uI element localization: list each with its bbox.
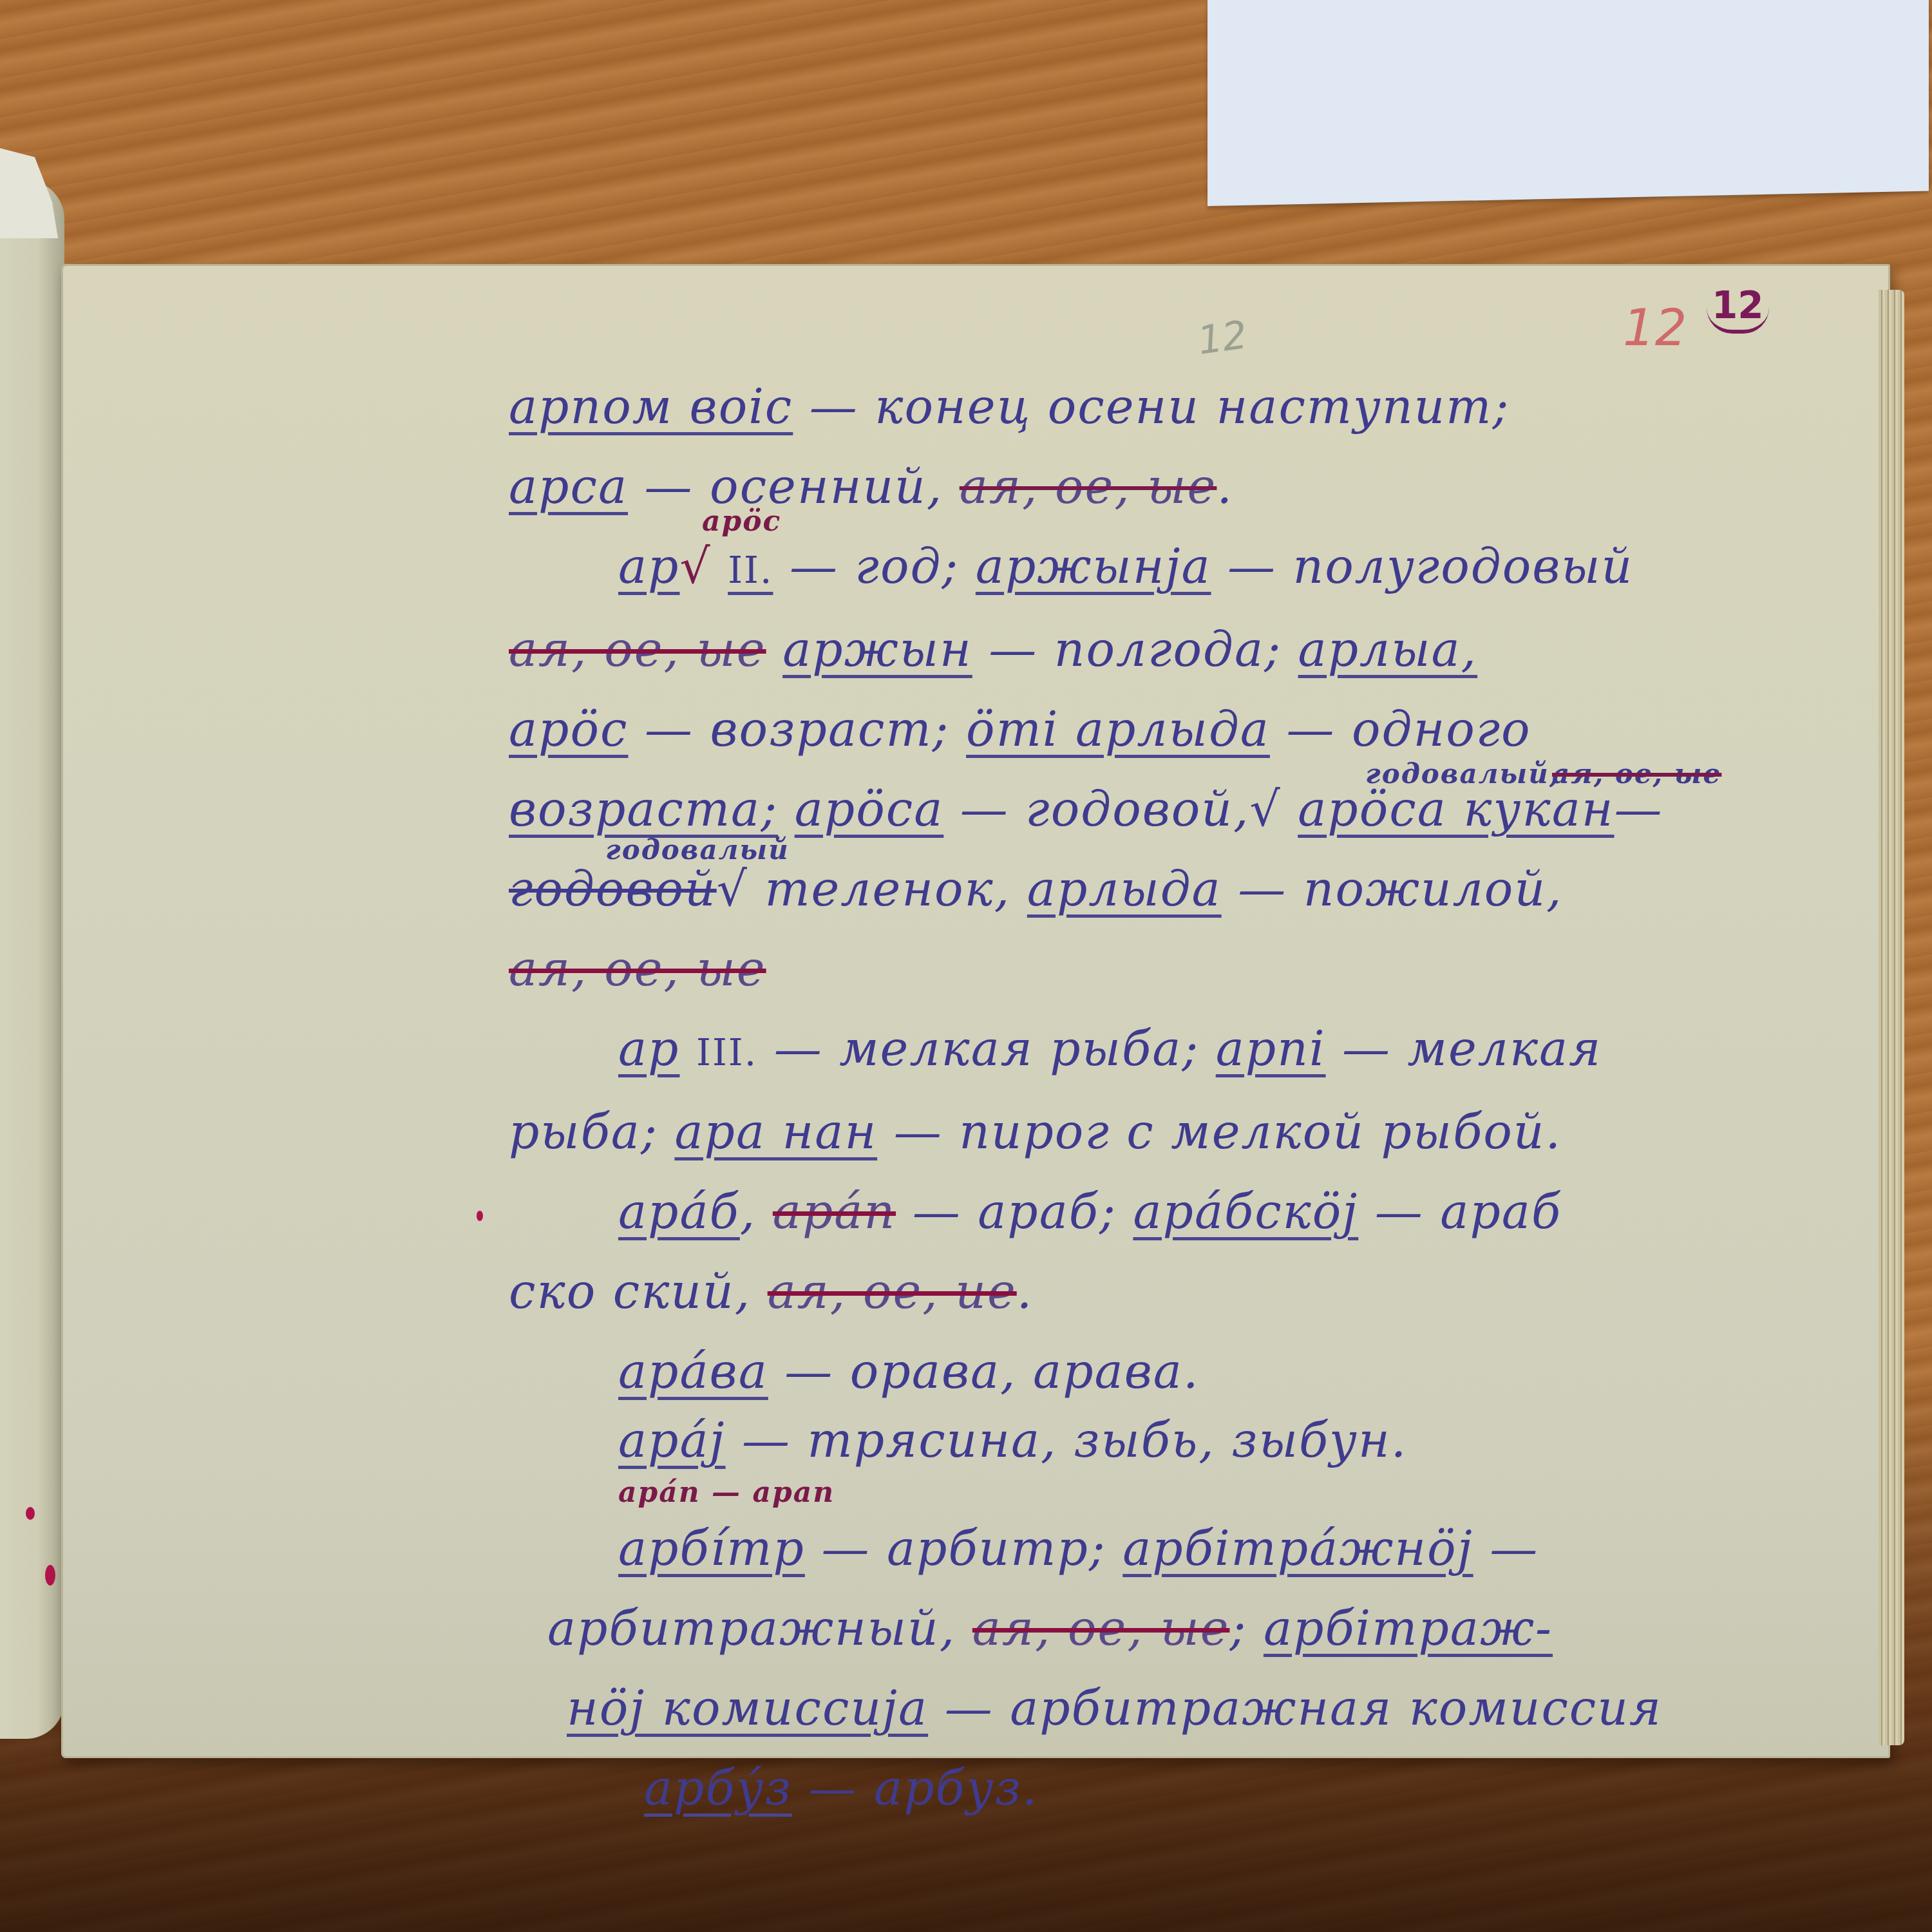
left-page-edge bbox=[0, 180, 64, 1739]
headword: арöс bbox=[509, 702, 628, 757]
headword: арбітра́жнöј bbox=[1122, 1521, 1473, 1577]
entry-line-7: годовалый годовой√ теленок, арлыда — пож… bbox=[509, 849, 1874, 929]
headword: ара́ј bbox=[618, 1413, 726, 1468]
headword: арбу́з bbox=[644, 1761, 792, 1816]
definition: — полугодовый bbox=[1227, 539, 1633, 594]
ink-stain bbox=[477, 1211, 483, 1221]
white-paper-sheet bbox=[1207, 0, 1929, 206]
folio-number-red: 12 bbox=[1623, 299, 1687, 357]
definition: — пожилой, bbox=[1238, 862, 1562, 917]
sense-number: II. bbox=[728, 548, 773, 592]
headword: арпом воіс bbox=[509, 379, 793, 435]
struck-endings: ая, ое, ие bbox=[768, 1264, 1017, 1320]
headword: арпі bbox=[1216, 1021, 1326, 1077]
entry-line-3: арöс ар√ II. — год; аржынја — полугодовы… bbox=[509, 527, 1874, 610]
entry-line-15: ара́п — арап bbox=[509, 1470, 1874, 1509]
correction-insertion: годовалый, bbox=[1365, 761, 1560, 788]
punctuation: . bbox=[1217, 459, 1233, 515]
entry-line-9: ар III. — мелкая рыба; арпі — мелкая bbox=[509, 1009, 1874, 1092]
definition: — одного bbox=[1286, 702, 1531, 757]
struck-endings: ая, ое, ые bbox=[960, 459, 1217, 515]
definition: — год; bbox=[790, 539, 959, 594]
insertion-caret: √ bbox=[1250, 782, 1282, 837]
headword: арбітраж- bbox=[1264, 1601, 1553, 1656]
definition: — годовой, bbox=[960, 782, 1250, 837]
insertion-caret: √ bbox=[717, 862, 748, 917]
definition: — полгода; bbox=[989, 622, 1282, 677]
struck-headword: ара́п bbox=[773, 1184, 896, 1240]
headword: ара нан bbox=[674, 1104, 877, 1160]
definition: ско ский, bbox=[509, 1264, 751, 1320]
definition: — арбитражная комиссия bbox=[945, 1681, 1662, 1736]
definition: рыба; bbox=[509, 1104, 658, 1160]
headword: ар bbox=[618, 1021, 680, 1077]
headword: арса bbox=[509, 459, 628, 515]
headword: ара́бскöј bbox=[1133, 1184, 1358, 1240]
definition: — араб; bbox=[913, 1184, 1117, 1240]
headword: арбі́тр bbox=[618, 1521, 805, 1577]
entry-line-12: ско ский, ая, ое, ие. bbox=[509, 1252, 1874, 1332]
headword: ар bbox=[618, 539, 680, 594]
definition: — возраст; bbox=[645, 702, 950, 757]
definition: возраста; bbox=[509, 782, 778, 837]
struck-insertion: ая, ое, ые bbox=[1552, 761, 1721, 788]
definition: — трясина, зыбь, зыбун. bbox=[742, 1413, 1407, 1468]
correction-insertion: арöс bbox=[702, 507, 781, 536]
folio-number-pencil: 12 bbox=[1195, 312, 1250, 364]
headword: аржын bbox=[782, 622, 972, 677]
struck-word: годовой bbox=[509, 862, 717, 917]
definition: — орава, арава. bbox=[784, 1344, 1199, 1399]
struck-endings: ая, ое, ые bbox=[509, 942, 766, 997]
headword: арлыда bbox=[1027, 862, 1222, 917]
headword: ара́ва bbox=[618, 1344, 768, 1399]
punctuation: ; bbox=[1229, 1601, 1247, 1656]
struck-endings: ая, ое, ые bbox=[509, 622, 766, 677]
definition: — араб bbox=[1375, 1184, 1562, 1240]
folio-number-purple: 12 bbox=[1707, 283, 1769, 334]
definition: — bbox=[1490, 1521, 1539, 1577]
definition: — арбитр; bbox=[821, 1521, 1106, 1577]
headword: нöј комиссија bbox=[567, 1681, 928, 1736]
entry-line-14: ара́ј — трясина, зыбь, зыбун. bbox=[509, 1412, 1874, 1470]
struck-endings: ая, ое, ые bbox=[972, 1601, 1230, 1656]
sense-number: III. bbox=[696, 1030, 757, 1074]
entry-line-19: арбу́з — арбуз. bbox=[509, 1748, 1874, 1828]
correction-insertion: годовалый bbox=[605, 837, 790, 864]
definition: — пирог с мелкой рыбой. bbox=[894, 1104, 1562, 1160]
entry-line-17: арбитражный, ая, ое, ые; арбітраж- bbox=[509, 1589, 1874, 1669]
headword: аржынја bbox=[976, 539, 1211, 594]
headword: арöса bbox=[795, 782, 944, 837]
page-stack-edges bbox=[1879, 290, 1904, 1745]
entry-line-10: рыба; ара нан — пирог с мелкой рыбой. bbox=[509, 1092, 1874, 1172]
headword: арöса кукан bbox=[1298, 782, 1614, 837]
entry-line-16: арбі́тр — арбитр; арбітра́жнöј — bbox=[509, 1509, 1874, 1589]
definition: арбитражный, bbox=[547, 1601, 956, 1656]
definition: — арбуз. bbox=[808, 1761, 1038, 1816]
ink-stain bbox=[26, 1507, 35, 1520]
definition: — мелкая рыба; bbox=[774, 1021, 1199, 1077]
headword: арлыа, bbox=[1298, 622, 1478, 677]
insertion-caret: √ bbox=[680, 539, 712, 594]
entry-line-1: арпом воіс — конец осени наступит; bbox=[509, 367, 1874, 447]
entry-line-13: ара́ва — орава, арава. bbox=[509, 1332, 1874, 1412]
punctuation: . bbox=[1017, 1264, 1034, 1320]
ink-stain bbox=[45, 1565, 55, 1586]
entry-line-18: нöј комиссија — арбитражная комиссия bbox=[509, 1669, 1874, 1748]
dictionary-entries: арпом воіс — конец осени наступит; арса … bbox=[509, 367, 1874, 1828]
entry-line-11: ара́б, ара́п — араб; ара́бскöј — араб bbox=[509, 1172, 1874, 1252]
definition: — осенний, bbox=[645, 459, 943, 515]
definition: — конец осени наступит; bbox=[810, 379, 1510, 435]
definition: теленок, bbox=[764, 862, 1010, 917]
headword: öті арлыда bbox=[966, 702, 1270, 757]
correction-insertion: ара́п — арап bbox=[618, 1476, 835, 1509]
entry-line-8: ая, ое, ые bbox=[509, 929, 1874, 1009]
headword: ара́б bbox=[618, 1184, 740, 1240]
entry-line-4: ая, ое, ые аржын — полгода; арлыа, bbox=[509, 610, 1874, 690]
definition: — мелкая bbox=[1342, 1021, 1602, 1077]
